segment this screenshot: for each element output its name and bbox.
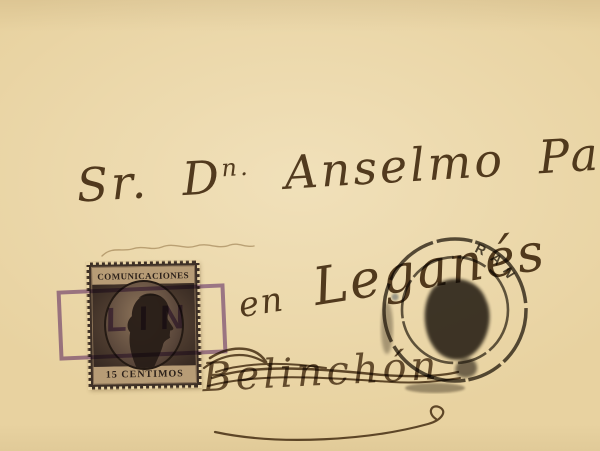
line2-prefix: en: [236, 279, 288, 326]
envelope-photo: COMUNICACIONES 15 CENTIMOS LIN RA: [0, 0, 600, 451]
pencil-scribble: [98, 234, 258, 264]
cancel-letters: LIN: [106, 298, 197, 341]
honorific-superscript: n.: [221, 153, 252, 183]
strike-through-marks: [190, 336, 470, 451]
honorific-text: Sr. D: [75, 150, 224, 213]
signature-flourish: [215, 406, 443, 439]
